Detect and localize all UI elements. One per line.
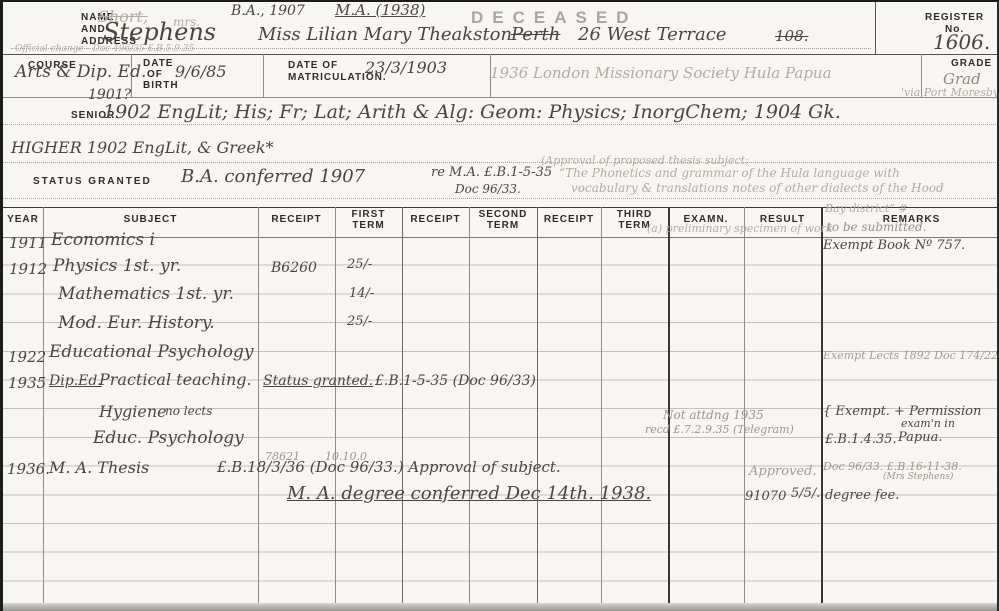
via-port-moresby-note: 'via Port Moresby [901,86,999,99]
subject-economics: Economics i [51,230,155,250]
ma-degree-conferred: M. A. degree conferred Dec 14th. 1938. [287,483,651,504]
dob-label-birth: BIRTH [143,80,179,91]
senior-subjects-value: 1902 EngLit; His; Fr; Lat; Arith & Alg: … [103,101,841,123]
surname-value: Stephens [103,18,216,46]
to-be-submitted-note: to be submitted. [827,220,927,234]
col-header-receipt3: RECEIPT [537,214,601,225]
preliminary-specimen-note: (a) preliminary specimen of work [647,222,833,235]
dob-label-date: DATE [143,58,173,69]
papua-note: Papua. [898,430,943,445]
address-value: 26 West Terrace [578,24,726,45]
examn-in-note: exam'n in [901,417,955,430]
mrs-stephens-note: (Mrs Stephens) [883,472,953,482]
official-change-note: Official change - Doc 496/35 £.B.5.9.35 [15,44,194,54]
lb1435-ref: £.B.1.4.35. [825,432,897,447]
col-line-term2 [537,207,538,611]
year-1935: 1935 [8,374,46,392]
dob-value: 9/6/85 [175,62,227,81]
thesis-title-line2: vocabulary & translations notes of other… [571,181,944,195]
col-header-receipt2: RECEIPT [402,214,469,225]
status-granted-label: STATUS GRANTED [33,176,152,187]
subject-physics: Physics 1st. yr. [53,256,181,276]
exempt-lects-note: Exempt Lects 1892 Doc 174/22 [823,349,998,362]
fee-history: 25/- [347,314,372,329]
status-granted-1935-ref: £.B.1-5-35 (Doc 96/33) [375,373,536,389]
fee-mathematics: 14/- [349,286,374,301]
divider [263,54,264,97]
not-attending-note: Not attdng 1935 [663,408,764,422]
exempt-book-note: Exempt Book Nº 757. [823,238,965,253]
scan-edge [3,603,999,611]
col-line-term1 [402,207,403,611]
subject-mathematics: Mathematics 1st. yr. [58,284,234,304]
receipt-b6260: B6260 [271,260,317,276]
subject-practical-teaching: Practical teaching. [99,370,252,389]
subject-educational-psychology: Educational Psychology [49,342,254,362]
year-1922: 1922 [8,348,46,366]
col-header-third: THIRD [601,209,668,220]
col-header-second: SECOND [469,209,537,220]
approved-note: Approved. [749,464,817,479]
year-1911: 1911 [9,234,47,252]
register-box-line [875,2,876,54]
subject-mod-eur-history: Mod. Eur. History. [58,313,215,333]
col-header-subject: SUBJECT [43,214,258,225]
col-line-receipt1 [335,207,336,611]
col-line-subject [258,207,259,611]
status-re-ma-note: re M.A. £.B.1-5-35 [431,165,552,180]
grade-label: GRADE [951,58,992,69]
status-granted-value: B.A. conferred 1907 [181,166,365,187]
hygiene-no-lects-note: no lects [165,404,212,418]
subject-dip-ed: Dip.Ed. [49,373,102,389]
higher-subjects-value: HIGHER 1902 EngLit, & Greek* [11,138,274,157]
given-names-value: Miss Lilian Mary Theakston [258,24,512,45]
year-1936: 1936. [7,460,50,478]
thesis-title-line3: Bay district” # [825,202,908,215]
col-header-first-term: TERM [335,220,402,231]
status-granted-1935: Status granted. [263,373,373,389]
recd-telegram-note: recd £.7.2.9.35 (Telegram) [645,423,794,436]
col-line-receipt2 [469,207,470,611]
dob-label-of: OF [147,69,163,80]
perth-struck: Perth [511,24,560,45]
ma-thesis-approval-ref: £.B.18/3/36 (Doc 96/33.) Approval of sub… [217,458,561,476]
degree-fee-note: degree fee. [825,488,899,503]
col-header-first: FIRST [335,209,402,220]
old-number-struck: 108. [775,27,808,45]
year-1912: 1912 [9,260,47,278]
divider [3,54,999,55]
register-no-value: 1606. [933,30,990,54]
status-doc-note: Doc 96/33. [455,182,521,196]
fee-5-5: 5/5/. [791,486,820,501]
subject-educ-psychology: Educ. Psychology [93,428,244,448]
receipt-91070: 91070 [745,489,786,504]
ba-degree-note: B.A., 1907 [231,3,305,19]
dotted-rule [3,162,999,163]
student-record-card: NAME AND ADDRESS REGISTER No. COURSE DAT… [0,0,999,611]
fee-physics: 25/- [347,257,372,272]
dotted-rule [3,124,999,125]
missionary-society-note: 1936 London Missionary Society Hula Papu… [490,64,832,82]
col-header-year: YEAR [3,214,43,225]
course-value: Arts & Dip. Ed. [15,62,146,82]
matric-date-value: 23/3/1903 [365,58,447,77]
col-header-second-term: TERM [469,220,537,231]
col-line-receipt3 [601,207,602,611]
ma-degree-note: M.A. (1938) [335,1,425,19]
register-label: REGISTER [925,12,984,23]
divider [3,97,999,98]
col-header-receipt1: RECEIPT [258,214,335,225]
matric-label-dateof: DATE OF [288,60,338,71]
thesis-title-line1: “The Phonetics and grammar of the Hula l… [559,166,900,180]
dotted-rule [3,198,999,199]
subject-hygiene: Hygiene [99,402,167,421]
subject-ma-thesis: M. A. Thesis [49,458,149,477]
